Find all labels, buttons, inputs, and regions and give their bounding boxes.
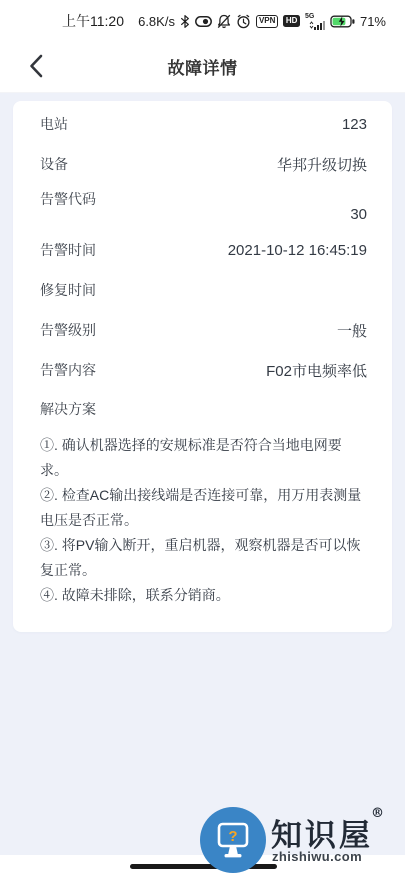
battery-percent: 71% [360,14,386,29]
row-value: 30 [350,206,367,230]
solution-step: ①. 确认机器选择的安规标准是否符合当地电网要求。 [40,433,367,483]
solution-label: 解决方案 [40,399,367,419]
status-bar: 上午11:20 6.8K/s VPN HD 5G [0,0,405,40]
detail-row-alarm-content: 告警内容 F02市电频率低 [40,350,367,390]
row-label: 设备 [40,154,68,174]
row-label: 告警时间 [40,240,96,260]
page-title: 故障详情 [168,54,238,79]
row-label: 告警内容 [40,360,96,380]
row-label: 告警级别 [40,320,96,340]
detail-row-alarm-level: 告警级别 一般 [40,310,367,350]
solution-steps: ①. 确认机器选择的安规标准是否符合当地电网要求。 ②. 检查AC输出接线端是否… [40,433,367,608]
row-label: 修复时间 [40,280,96,300]
signal-strength-icon: 5G [305,13,325,30]
network-type-label: 5G [305,13,314,20]
alarm-clock-icon [236,14,251,29]
solution-step: ②. 检查AC输出接线端是否连接可靠，用万用表测量电压是否正常。 [40,483,367,533]
row-value: 一般 [337,320,367,341]
chevron-left-icon [29,54,43,78]
detail-row-repair-time: 修复时间 [40,270,367,310]
fault-detail-card: 电站 123 设备 华邦升级切换 告警代码 30 告警时间 2021-10-12… [13,101,392,632]
network-speed: 6.8K/s [138,14,175,29]
solution-step: ④. 故障未排除，联系分销商。 [40,583,367,608]
content-area: 电站 123 设备 华邦升级切换 告警代码 30 告警时间 2021-10-12… [0,93,405,878]
solution-step: ③. 将PV输入断开，重启机器，观察机器是否可以恢复正常。 [40,533,367,583]
mute-bell-icon [217,14,231,29]
status-time: 上午11:20 [62,11,124,31]
row-label: 电站 [40,114,68,134]
home-indicator-bar[interactable] [130,864,277,869]
bluetooth-icon [180,14,190,29]
back-button[interactable] [24,53,48,79]
hd-badge: HD [283,15,300,27]
row-value: F02市电频率低 [266,360,367,381]
detail-row-device: 设备 华邦升级切换 [40,144,367,184]
row-label: 告警代码 [40,184,96,209]
row-value: 2021-10-12 16:45:19 [228,242,367,259]
phone-screen: 上午11:20 6.8K/s VPN HD 5G [0,0,405,878]
nav-bar: 故障详情 [0,40,405,93]
detail-row-alarm-time: 告警时间 2021-10-12 16:45:19 [40,230,367,270]
detail-row-station: 电站 123 [40,104,367,144]
row-value: 华邦升级切换 [277,154,367,175]
vpn-badge: VPN [256,15,278,28]
data-saver-icon [195,16,212,27]
battery-icon [330,15,355,28]
row-value: 123 [342,116,367,133]
detail-row-alarm-code: 告警代码 30 [40,184,367,230]
